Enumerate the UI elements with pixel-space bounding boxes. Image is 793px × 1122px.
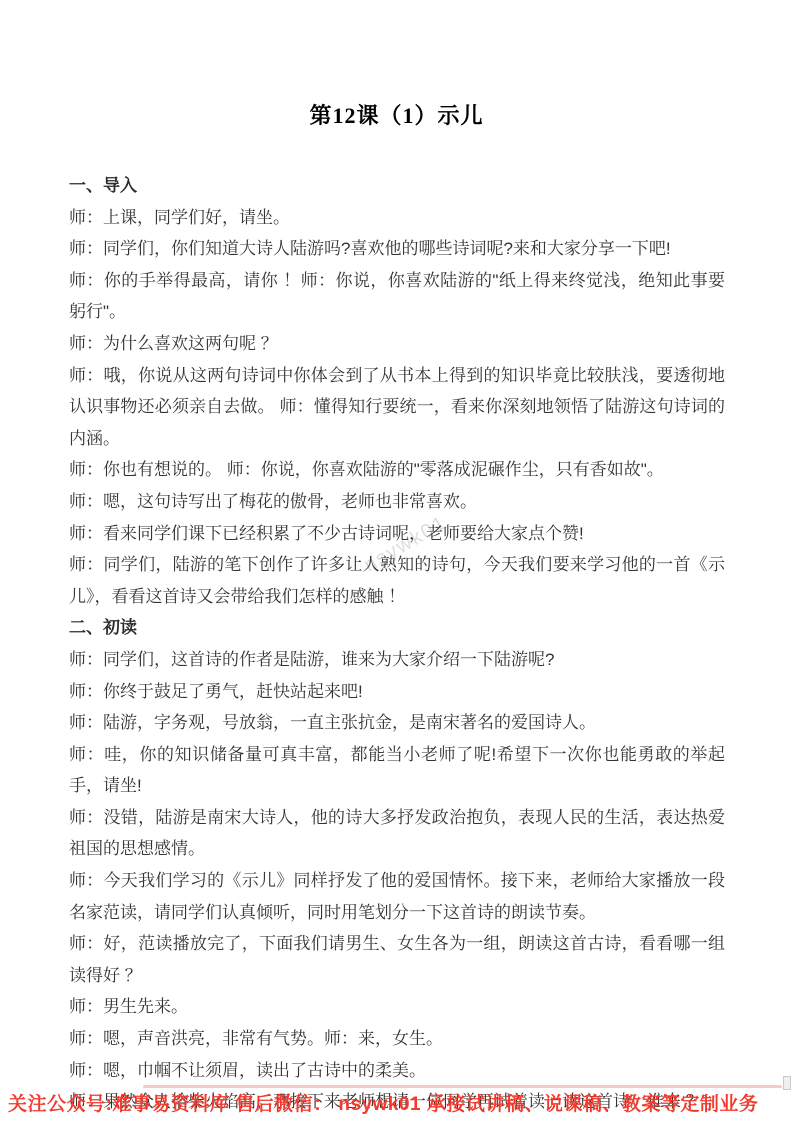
paragraph: 师：上课，同学们好，请坐。	[69, 202, 725, 234]
page-title: 第12课（1）示儿	[0, 99, 793, 130]
section-heading: 二、初读	[69, 612, 725, 644]
promo-footer-text: 关注公众号:难事易资料库 售后微信： nsywk01 承接试讲稿、说课稿、教案等…	[8, 1089, 793, 1116]
paragraph: 师：同学们，这首诗的作者是陆游，谁来为大家介绍一下陆游呢?	[69, 644, 725, 676]
paragraph: 师：哦，你说从这两句诗词中你体会到了从书本上得到的知识毕竟比较肤浅，要透彻地认识…	[69, 360, 725, 455]
document-page: 第12课（1）示儿 一、导入 师：上课，同学们好，请坐。 师：同学们，你们知道大…	[0, 0, 793, 1122]
paragraph: 师：好，范读播放完了，下面我们请男生、女生各为一组，朗读这首古诗，看看哪一组读得…	[69, 928, 725, 991]
paragraph: 师：你也有想说的。 师：你说，你喜欢陆游的"零落成泥碾作尘，只有香如故"。	[69, 454, 725, 486]
paragraph: 师：嗯，声音洪亮，非常有气势。师：来，女生。	[69, 1023, 725, 1055]
footer-divider-line	[143, 1085, 782, 1088]
section-heading: 一、导入	[69, 170, 725, 202]
paragraph: 师：男生先来。	[69, 991, 725, 1023]
paragraph: 师：你终于鼓足了勇气，赶快站起来吧!	[69, 676, 725, 708]
document-body: 一、导入 师：上课，同学们好，请坐。 师：同学们，你们知道大诗人陆游吗?喜欢他的…	[69, 170, 725, 1118]
paragraph: 师：你的手举得最高，请你 ！师：你说，你喜欢陆游的"纸上得来终觉浅，绝知此事要躬…	[69, 265, 725, 328]
paragraph: 师：没错，陆游是南宋大诗人，他的诗大多抒发政治抱负，表现人民的生活，表达热爱祖国…	[69, 802, 725, 865]
page-corner-mark	[783, 1076, 791, 1090]
paragraph: 师：今天我们学习的《示儿》同样抒发了他的爱国情怀。接下来，老师给大家播放一段名家…	[69, 865, 725, 928]
paragraph: 师：同学们，陆游的笔下创作了许多让人熟知的诗句，今天我们要来学习他的一首《示儿》…	[69, 549, 725, 612]
paragraph: 师：同学们，你们知道大诗人陆游吗?喜欢他的哪些诗词呢?来和大家分享一下吧!	[69, 233, 725, 265]
paragraph: 师：为什么喜欢这两句呢 ？	[69, 328, 725, 360]
paragraph: 师：哇，你的知识储备量可真丰富，都能当小老师了呢!希望下一次你也能勇敢的举起手，…	[69, 739, 725, 802]
paragraph: 师：看来同学们课下已经积累了不少古诗词呢，老师要给大家点个赞!	[69, 518, 725, 550]
paragraph: 师：嗯，巾帼不让须眉，读出了古诗中的柔美。	[69, 1055, 725, 1087]
paragraph: 师：陆游，字务观，号放翁，一直主张抗金，是南宋著名的爱国诗人。	[69, 707, 725, 739]
paragraph: 师：嗯，这句诗写出了梅花的傲骨，老师也非常喜欢。	[69, 486, 725, 518]
